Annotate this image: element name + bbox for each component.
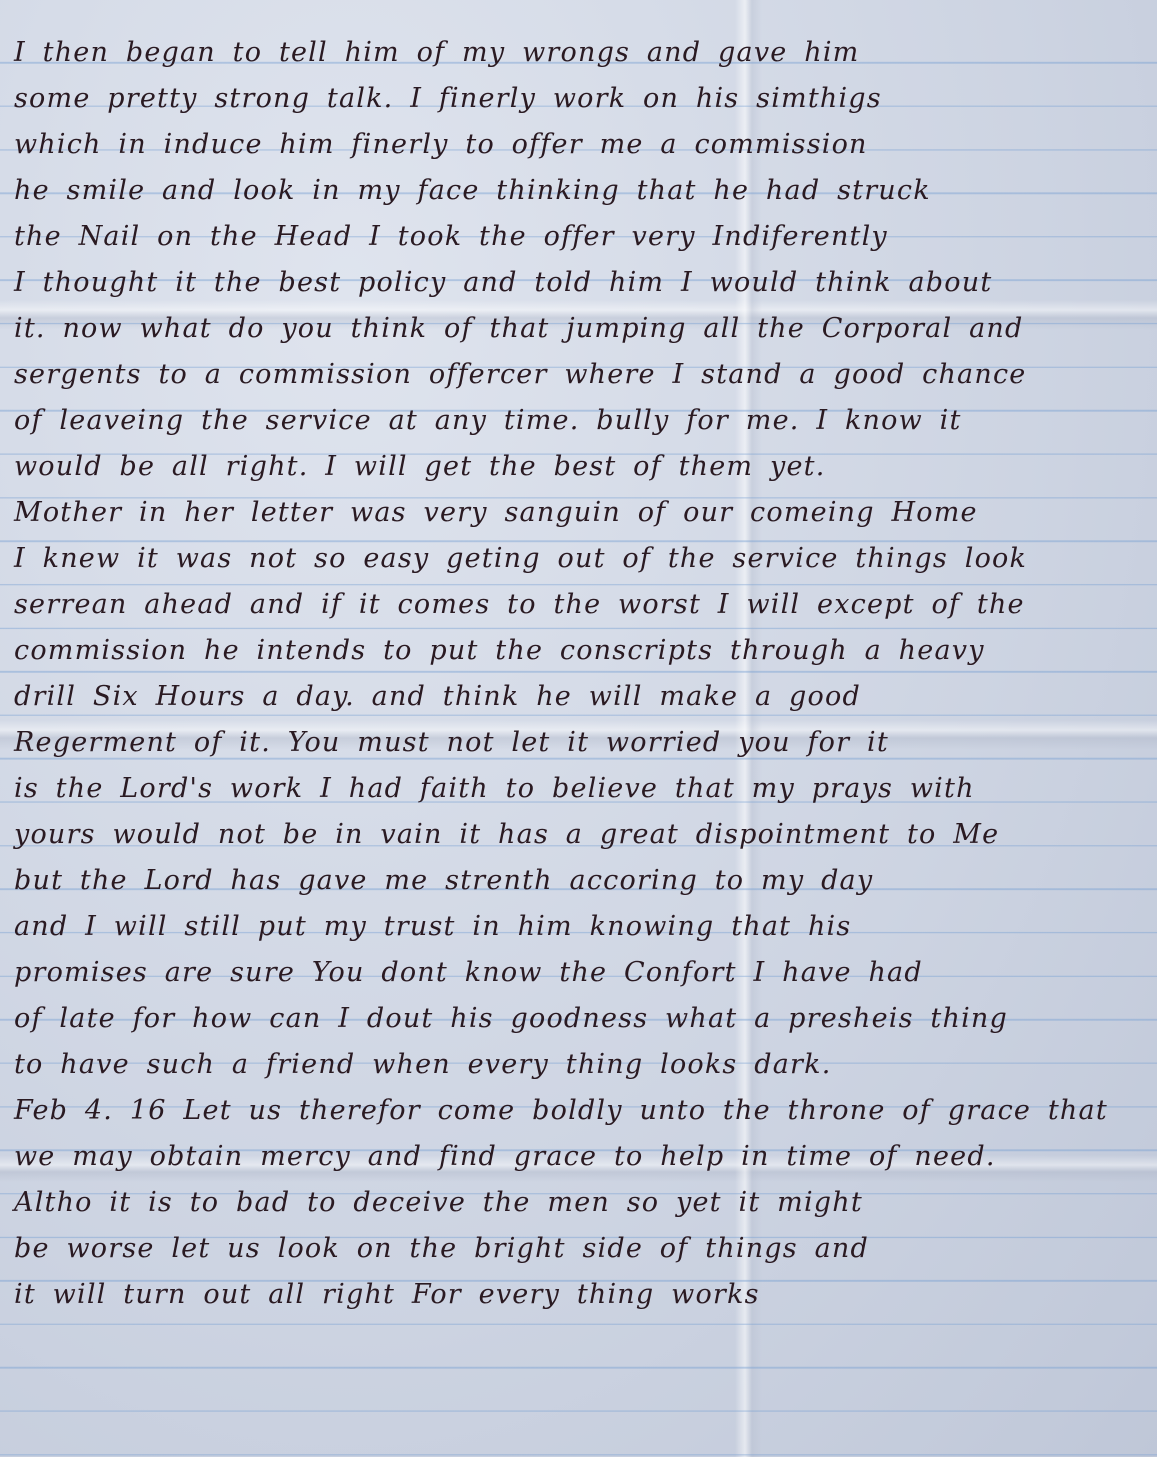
text-line-12: I knew it was not so easy geting out of … [14, 536, 1147, 582]
text-line-21: promises are sure You dont know the Conf… [14, 950, 1147, 996]
text-line-20: and I will still put my trust in him kno… [14, 904, 1147, 950]
handwritten-text: I then began to tell him of my wrongs an… [14, 30, 1147, 1318]
text-line-25: we may obtain mercy and find grace to he… [14, 1134, 1147, 1180]
text-line-24: Feb 4. 16 Let us therefor come boldly un… [14, 1088, 1147, 1134]
text-line-17: is the Lord's work I had faith to believ… [14, 766, 1147, 812]
text-line-13: serrean ahead and if it comes to the wor… [14, 582, 1147, 628]
text-line-28: it will turn out all right For every thi… [14, 1272, 1147, 1318]
text-line-26: Altho it is to bad to deceive the men so… [14, 1180, 1147, 1226]
text-line-1: I then began to tell him of my wrongs an… [14, 30, 1147, 76]
text-line-5: the Nail on the Head I took the offer ve… [14, 214, 1147, 260]
text-line-15: drill Six Hours a day. and think he will… [14, 674, 1147, 720]
text-line-4: he smile and look in my face thinking th… [14, 168, 1147, 214]
text-line-18: yours would not be in vain it has a grea… [14, 812, 1147, 858]
text-line-10: would be all right. I will get the best … [14, 444, 1147, 490]
text-line-6: I thought it the best policy and told hi… [14, 260, 1147, 306]
text-line-8: sergents to a commission offercer where … [14, 352, 1147, 398]
text-line-14: commission he intends to put the conscri… [14, 628, 1147, 674]
text-line-2: some pretty strong talk. I finerly work … [14, 76, 1147, 122]
text-line-19: but the Lord has gave me strenth accorin… [14, 858, 1147, 904]
letter-page: I then began to tell him of my wrongs an… [0, 0, 1157, 1457]
text-line-7: it. now what do you think of that jumpin… [14, 306, 1147, 352]
text-line-3: which in induce him finerly to offer me … [14, 122, 1147, 168]
text-line-22: of late for how can I dout his goodness … [14, 996, 1147, 1042]
text-line-23: to have such a friend when every thing l… [14, 1042, 1147, 1088]
text-line-27: be worse let us look on the bright side … [14, 1226, 1147, 1272]
text-line-11: Mother in her letter was very sanguin of… [14, 490, 1147, 536]
text-line-16: Regerment of it. You must not let it wor… [14, 720, 1147, 766]
text-line-9: of leaveing the service at any time. bul… [14, 398, 1147, 444]
